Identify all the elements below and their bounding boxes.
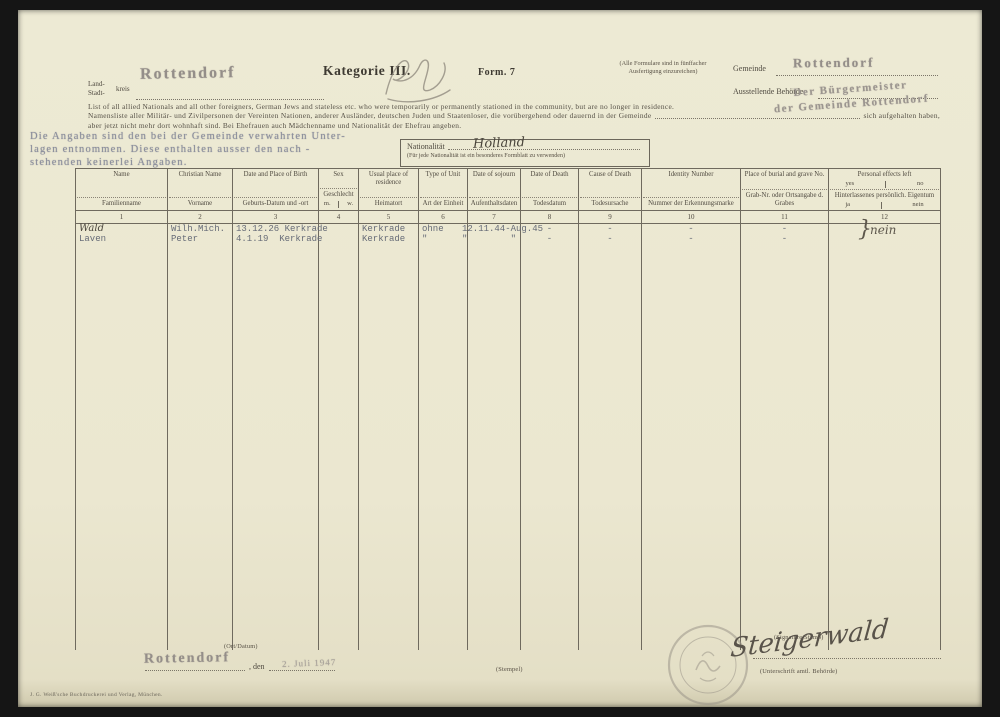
col-identity-header: Identity Number Nummer der Erkennungsmar… [642, 169, 741, 211]
col-burial-header: Place of burial and grave No. Grab-Nr. o… [741, 169, 829, 211]
table-row: Laven Peter 4.1.19 Kerkrade Kerkrade " "… [76, 234, 941, 244]
cell-unit-2: " [419, 234, 468, 244]
col-unit-en: Type of Unit [420, 170, 466, 180]
typed-annotation: Die Angaben sind den bei der Gemeinde ve… [30, 130, 346, 169]
form-paper: Land- Stadt- kreis Rottendorf Kategorie … [18, 10, 982, 707]
col-effects-ja: ja [845, 201, 850, 209]
gemeinde-blank-line [776, 74, 938, 76]
cell-unit-1: ohne [419, 224, 468, 235]
nationality-label: Nationalität [407, 142, 445, 151]
col-effects-nein: nein [912, 201, 923, 209]
col-name-en: Name [77, 170, 166, 180]
cell-christian-2: Peter [168, 234, 233, 244]
typed-annotation-line1: Die Angaben sind den bei der Gemeinde ve… [30, 130, 346, 143]
col-death-cause-header: Cause of Death Todesursache [579, 169, 642, 211]
col-sex-male: m. [324, 200, 331, 208]
col-burial-de: Grab-Nr. oder Ortsangabe d. Grabes [742, 189, 827, 208]
place-blank [145, 670, 245, 671]
col-num-5: 5 [359, 211, 419, 224]
col-num-4: 4 [319, 211, 359, 224]
col-birth-de: Geburts-Datum und -ort [234, 197, 317, 208]
cell-death-cause-1: - [579, 224, 642, 235]
signature-caption-bottom: (Unterschrift amtl. Behörde) [760, 668, 837, 675]
col-sojourn-en: Date of sojourn [469, 170, 519, 180]
place-date-caption: (Ort/Datum) [224, 643, 258, 650]
nationality-note: (Für jede Nationalität ist ein besondere… [407, 153, 643, 159]
col-sojourn-header: Date of sojourn Aufenthaltsdaten [468, 169, 521, 211]
cell-sojourn-2: " " [468, 234, 521, 244]
roster-table: Name Familienname Christian Name Vorname… [75, 168, 941, 650]
col-num-2: 2 [168, 211, 233, 224]
date-rubber-stamp: 2. Juli 1947 [282, 657, 337, 669]
intro-german-line1-text: Namensliste aller Militär- und Zivilpers… [88, 111, 651, 120]
col-num-9: 9 [579, 211, 642, 224]
copies-note-line2: Ausfertigung einzureichen) [588, 68, 738, 76]
cell-sex-2 [319, 234, 359, 244]
col-birth-en: Date and Place of Birth [234, 170, 317, 180]
col-residence-en: Usual place of residence [360, 170, 417, 188]
col-effects-no: no [917, 180, 924, 188]
cell-residence-2: Kerkrade [359, 234, 419, 244]
copies-note: (Alle Formulare sind in fünffacher Ausfe… [588, 60, 738, 76]
col-birth-header: Date and Place of Birth Geburts-Datum un… [233, 169, 319, 211]
col-christian-de: Vorname [169, 197, 231, 208]
col-effects-yes: yes [845, 180, 854, 188]
empty-table-body [76, 244, 941, 650]
intro-gemeinde-blank [655, 118, 859, 119]
handwritten-effects-answer: nein [870, 223, 896, 237]
col-effects-en: Personal effects left yesno [830, 170, 939, 189]
stempel-caption: (Stempel) [496, 666, 523, 673]
col-identity-de: Nummer der Erkennungsmarke [643, 197, 739, 208]
nationality-box: Nationalität Holland (Für jede Nationali… [400, 139, 650, 167]
col-name-de: Familienname [77, 197, 166, 208]
form-number: Form. 7 [478, 67, 515, 78]
col-christian-name-header: Christian Name Vorname [168, 169, 233, 211]
col-death-cause-en: Cause of Death [580, 170, 640, 180]
cell-burial-2: - [741, 234, 829, 244]
gemeinde-rubber-stamp: Rottendorf [793, 55, 875, 72]
col-num-7: 7 [468, 211, 521, 224]
col-sojourn-de: Aufenthaltsdaten [469, 197, 519, 208]
col-residence-de: Heimatort [360, 197, 417, 208]
col-burial-en: Place of burial and grave No. [742, 170, 827, 180]
intro-german-line1: Namensliste aller Militär- und Zivilpers… [88, 111, 940, 120]
col-death-date-de: Todesdatum [522, 197, 577, 208]
col-sex-de: Geschlecht m.w. [320, 188, 357, 208]
scanned-document: Land- Stadt- kreis Rottendorf Kategorie … [0, 0, 1000, 717]
col-identity-en: Identity Number [643, 170, 739, 180]
place-rubber-stamp: Rottendorf [144, 650, 230, 668]
header-row: Name Familienname Christian Name Vorname… [76, 169, 941, 211]
gemeinde-label: Gemeinde [733, 64, 766, 73]
col-num-10: 10 [642, 211, 741, 224]
cell-death-cause-2: - [579, 234, 642, 244]
col-death-date-header: Date of Death Todesdatum [521, 169, 579, 211]
nationality-handwritten-value: Holland [473, 135, 525, 152]
cell-identity-2: - [642, 234, 741, 244]
cell-residence-1: Kerkrade [359, 224, 419, 235]
copies-note-line1: (Alle Formulare sind in fünffacher [588, 60, 738, 68]
col-christian-en: Christian Name [169, 170, 231, 180]
printer-imprint: J. G. Weiß'sche Buchdruckerei und Verlag… [30, 692, 163, 698]
cell-death-date-2: - [521, 234, 579, 244]
col-unit-de: Art der Einheit [420, 197, 466, 208]
col-num-1: 1 [76, 211, 168, 224]
col-sex-female: w. [347, 200, 353, 208]
stadt-label: Stadt- [88, 89, 105, 97]
cell-name-1: Wald [76, 224, 168, 235]
cell-christian-1: Wilh.Mich. [168, 224, 233, 235]
col-effects-header: Personal effects left yesno Hinterlassen… [829, 169, 941, 211]
col-num-12: 12 [829, 211, 941, 224]
col-unit-header: Type of Unit Art der Einheit [419, 169, 468, 211]
signature-line [753, 658, 941, 659]
cell-birth-2: 4.1.19 Kerkrade [233, 234, 319, 244]
cell-birth-1: 13.12.26 Kerkrade [233, 224, 319, 235]
cell-identity-1: - [642, 224, 741, 235]
pencil-scribble-mark [376, 50, 460, 108]
land-label: Land- [88, 80, 105, 88]
cell-name-2: Laven [76, 234, 168, 244]
col-num-3: 3 [233, 211, 319, 224]
date-blank [269, 670, 335, 671]
intro-german-line2: aber jetzt nicht mehr dort wohnhaft sind… [88, 121, 461, 130]
col-residence-header: Usual place of residence Heimatort [359, 169, 419, 211]
col-sex-header: Sex Geschlecht m.w. [319, 169, 359, 211]
intro-german-line1-end: sich aufgehalten haben, [864, 111, 940, 120]
col-num-6: 6 [419, 211, 468, 224]
col-num-8: 8 [521, 211, 579, 224]
col-death-cause-de: Todesursache [580, 197, 640, 208]
col-effects-de: Hinterlassenes persönlich. Eigentum jane… [830, 189, 939, 209]
table-row: Wald Wilh.Mich. 13.12.26 Kerkrade Kerkra… [76, 224, 941, 235]
kreis-label: kreis [116, 85, 130, 93]
intro-english: List of all allied Nationals and all oth… [88, 102, 674, 111]
col-name-header: Name Familienname [76, 169, 168, 211]
kreis-blank-line [136, 98, 324, 100]
cell-sojourn-1: 12.11.44-Aug.45 [468, 224, 521, 235]
col-death-date-en: Date of Death [522, 170, 577, 180]
col-num-11: 11 [741, 211, 829, 224]
typed-annotation-line2: lagen entnommen. Diese enthalten ausser … [30, 143, 346, 156]
col-sex-en: Sex [320, 170, 357, 180]
kreis-rubber-stamp: Rottendorf [140, 64, 236, 84]
den-label: , den [249, 662, 265, 671]
column-number-row: 1 2 3 4 5 6 7 8 9 10 11 12 [76, 211, 941, 224]
cell-burial-1: - [741, 224, 829, 235]
